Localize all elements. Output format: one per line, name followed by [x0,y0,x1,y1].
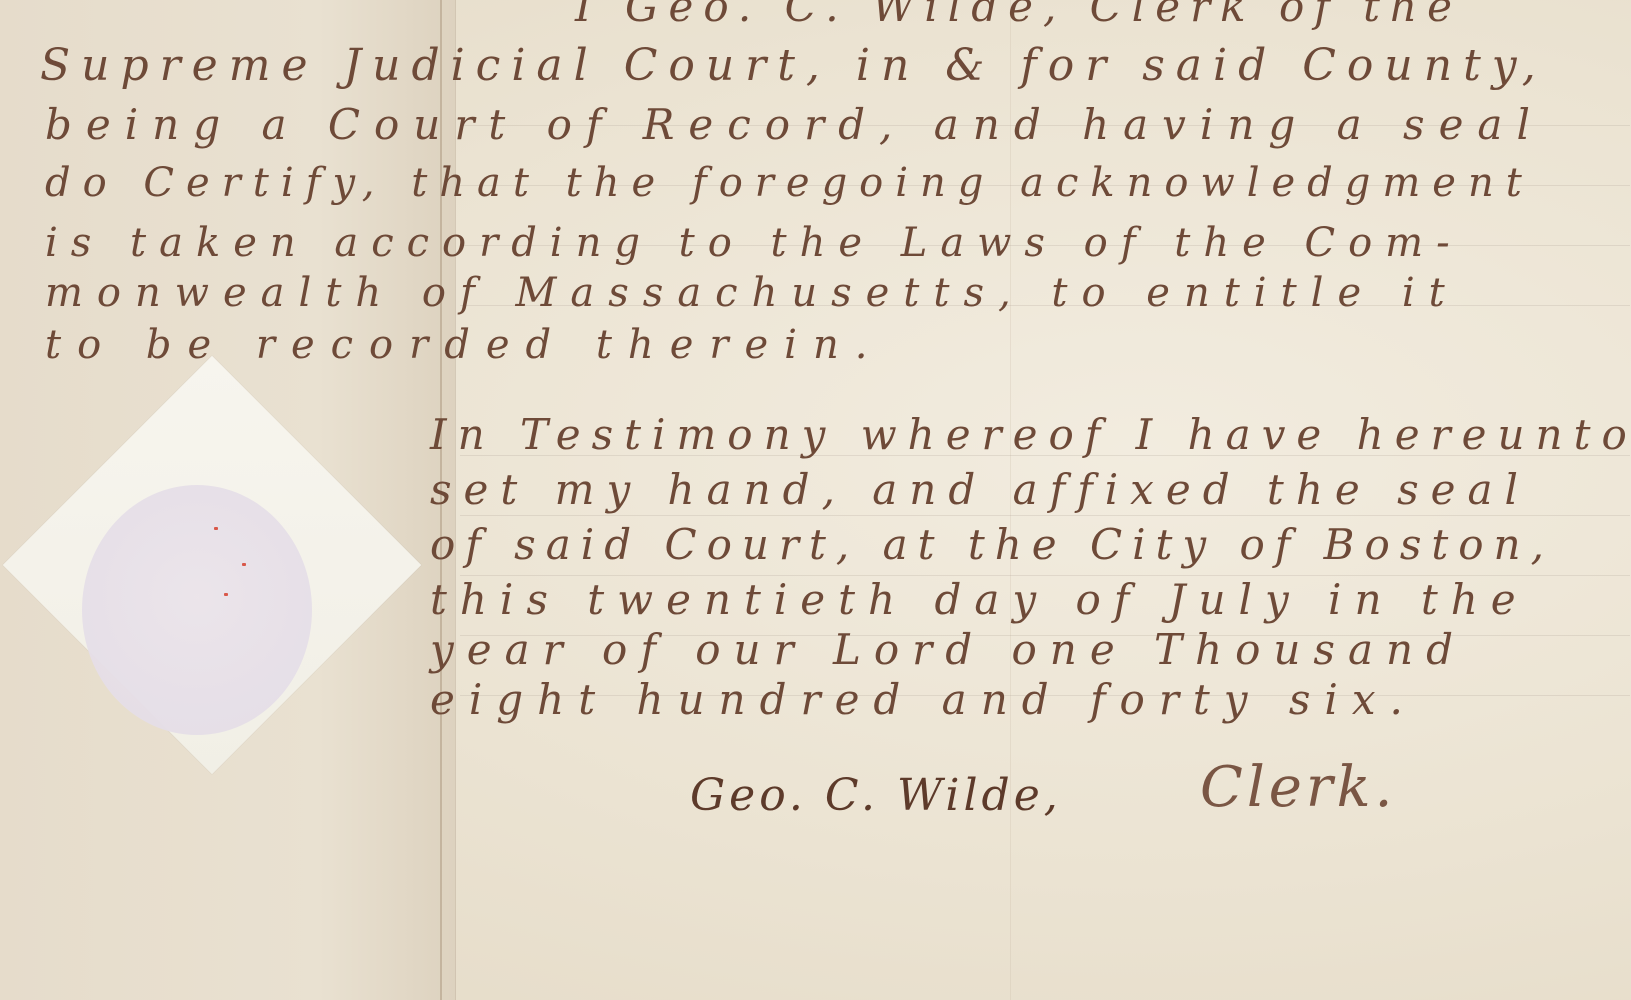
certificate-line-2: Supreme Judicial Court, in & for said Co… [40,40,1547,91]
certificate-line-4: do Certify, that the foregoing acknowled… [45,160,1534,206]
testimony-line-4: this twentieth day of July in the [430,575,1529,624]
seal-speck [224,593,228,596]
certificate-line-3: being a Court of Record, and having a se… [45,100,1544,149]
ruled-line [460,515,1630,516]
testimony-line-2: set my hand, and affixed the seal [430,465,1530,514]
certificate-line-1: I Geo. C. Wilde, Clerk of the [575,0,1462,31]
testimony-line-3: of said Court, at the City of Boston, [430,520,1554,569]
certificate-line-5: is taken according to the Laws of the Co… [45,220,1463,266]
certificate-line-6: monwealth of Massachusetts, to entitle i… [45,270,1459,316]
wafer-seal-icon [82,485,312,735]
signature-title: Clerk. [1200,755,1396,820]
seal-paper [2,355,422,775]
testimony-line-1: In Testimony whereof I have hereunto [430,410,1631,459]
signature-name: Geo. C. Wilde, [690,770,1062,821]
testimony-line-6: eight hundred and forty six. [430,675,1417,724]
seal-speck [242,563,246,566]
testimony-line-5: year of our Lord one Thousand [430,625,1466,674]
seal-speck [214,527,218,530]
